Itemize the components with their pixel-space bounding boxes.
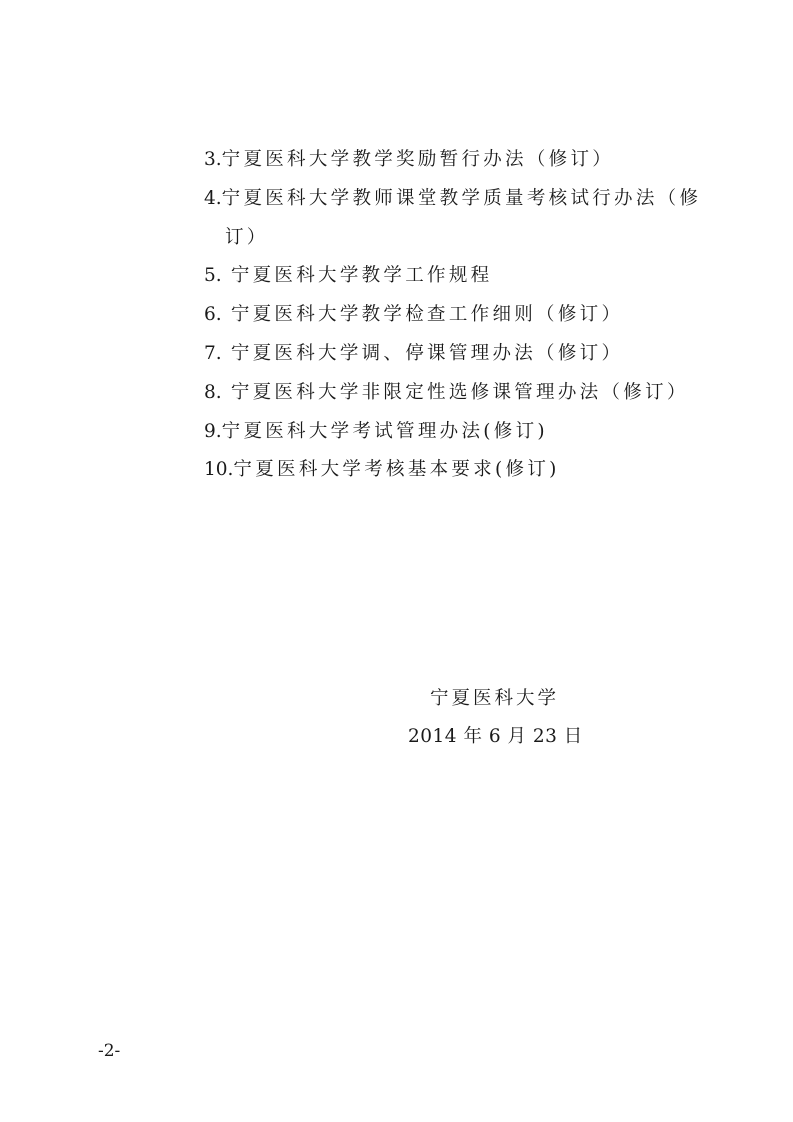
item-text: 宁夏医科大学非限定性选修课管理办法（修订） [222,382,689,403]
item-number: 5. [204,265,222,286]
item-text: 宁夏医科大学教师课堂教学质量考核试行办法（修 [222,188,702,209]
list-item: 10.宁夏医科大学考核基本要求(修订) [204,451,704,490]
list-item: 3.宁夏医科大学教学奖励暂行办法（修订） [204,141,704,180]
item-number: 8. [204,382,222,403]
item-text: 宁夏医科大学教学检查工作细则（修订） [222,304,624,325]
list-item: 5. 宁夏医科大学教学工作规程 [204,257,704,296]
attachment-list: 3.宁夏医科大学教学奖励暂行办法（修订） 4.宁夏医科大学教师课堂教学质量考核试… [204,141,704,490]
item-number: 7. [204,343,222,364]
item-text-continuation: 订） [225,227,269,248]
list-item: 6. 宁夏医科大学教学检查工作细则（修订） [204,296,704,335]
list-item: 8. 宁夏医科大学非限定性选修课管理办法（修订） [204,374,704,413]
item-number: 6. [204,304,222,325]
page-number: -2- [98,1041,120,1061]
list-item: 4.宁夏医科大学教师课堂教学质量考核试行办法（修 [204,180,704,219]
item-text: 宁夏医科大学考试管理办法(修订) [222,421,548,442]
item-text: 宁夏医科大学教学工作规程 [222,265,493,286]
item-text: 宁夏医科大学教学奖励暂行办法（修订） [222,149,614,170]
list-item: 9.宁夏医科大学考试管理办法(修订) [204,413,704,452]
item-text: 宁夏医科大学考核基本要求(修订) [233,459,559,480]
item-number: 9. [204,421,222,442]
item-text: 宁夏医科大学调、停课管理办法（修订） [222,343,624,364]
signature-date: 2014 年 6 月 23 日 [408,722,583,748]
signature-organization: 宁夏医科大学 [430,684,559,710]
item-number: 10. [204,459,233,480]
item-number: 3. [204,149,222,170]
item-number: 4. [204,188,222,209]
list-item: 7. 宁夏医科大学调、停课管理办法（修订） [204,335,704,374]
list-item-continuation: 订） [204,219,704,258]
